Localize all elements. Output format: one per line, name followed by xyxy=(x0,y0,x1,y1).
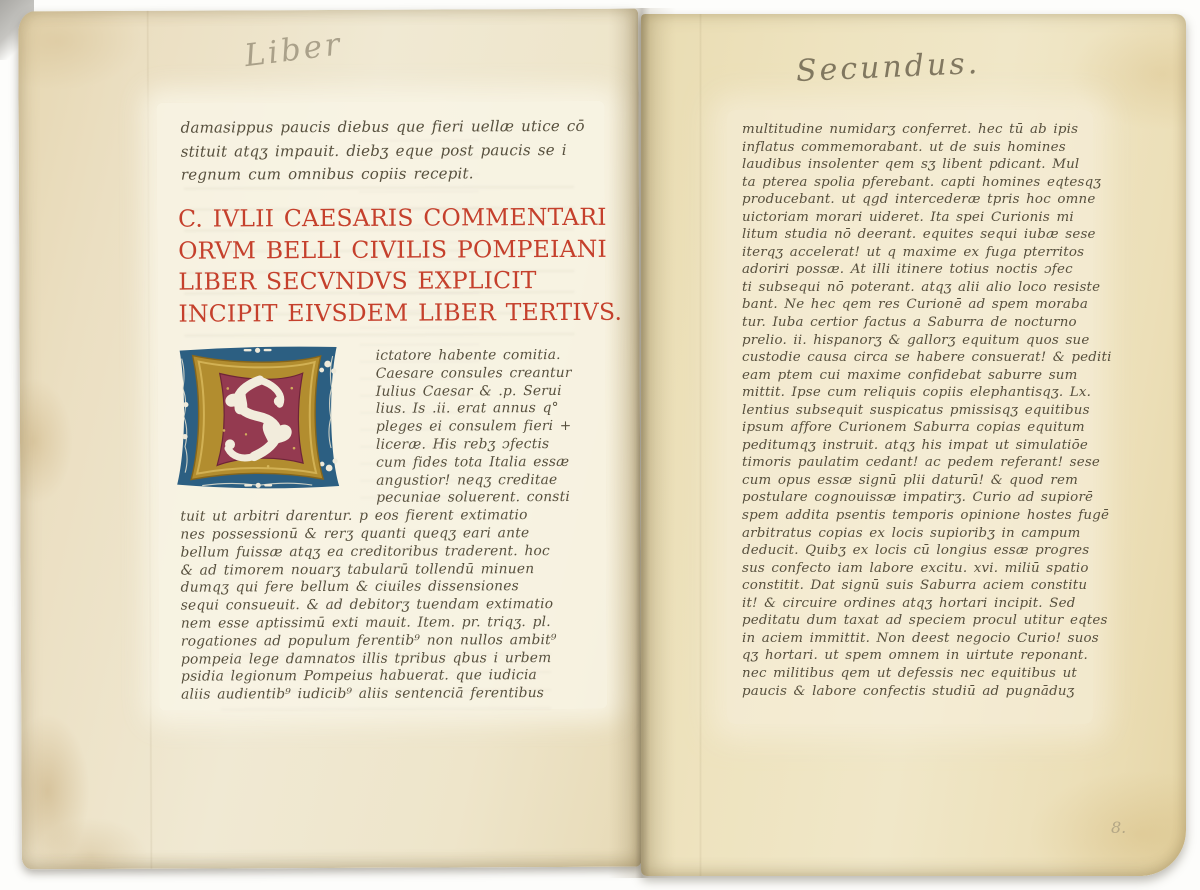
text-line: litum studia nō deerant. equites sequi i… xyxy=(742,226,1172,244)
text-line: angustior! neqʒ creditae xyxy=(170,471,606,491)
indented-lines: ictatore habente comitia.Caesare consule… xyxy=(170,347,607,509)
text-line: pleges ei consulem fieri + xyxy=(170,418,606,438)
text-line: custodie causa circa se habere consuerat… xyxy=(742,349,1172,367)
rubric-line: INCIPIT EIVSDEM LIBER TERTIVS. xyxy=(178,296,598,329)
text-line: in aciem immittit. Non deest negocio Cur… xyxy=(742,630,1172,648)
text-line: & ad timorem nouarʒ tabularū tollendū mi… xyxy=(171,560,607,580)
text-line: rogationes ad populum ferentib⁹ non null… xyxy=(171,632,607,652)
rubric-line: ORVM BELLI CIVILIS POMPEIANI xyxy=(178,233,598,266)
text-line: stituit atqʒ impauit. diebʒ eque post pa… xyxy=(181,138,573,163)
text-line: mittit. Ipse cum reliquis copiis elephan… xyxy=(742,384,1172,402)
text-line: ipsum affore Curionem Saburra copias equ… xyxy=(742,419,1172,437)
text-line: Iulius Caesar & .p. Serui xyxy=(170,382,606,402)
text-line: cum fides tota Italia essæ xyxy=(170,454,606,474)
text-line: pecuniae soluerent. consti xyxy=(170,489,606,509)
text-line: tur. Iuba certior factus a Saburra de no… xyxy=(742,314,1172,332)
text-line: deducit. Quibʒ ex locis cū longius essæ … xyxy=(742,542,1172,560)
text-line: prelio. ii. hispanorʒ & gallorʒ equitum … xyxy=(742,332,1172,350)
text-line: aliis audientib⁹ iudicib⁹ aliis sentenci… xyxy=(171,685,607,705)
text-line: sequi consueuit. & ad debitorʒ tuendam e… xyxy=(171,596,607,616)
text-line: pompeia lege damnatos illis tpribus qbus… xyxy=(171,649,607,669)
text-line: it! & circuire ordines atqʒ hortari inci… xyxy=(742,595,1172,613)
text-line: uictoriam morari uideret. Ita spei Curio… xyxy=(742,209,1172,227)
intro-paragraph: damasippus paucis diebus que fieri uellæ… xyxy=(181,115,573,187)
text-line: adoriri possæ. At illi itinere totius no… xyxy=(742,261,1172,279)
rubric-line: C. IVLII CAESARIS COMMENTARI xyxy=(178,202,598,235)
running-header-left: Liber xyxy=(242,26,344,74)
manuscript-page-left: Liber damasippus paucis diebus que fieri… xyxy=(18,9,642,870)
text-line: regnum cum omnibus copiis recepit. xyxy=(181,162,573,187)
text-line: ti subsequi nō poterant. atqʒ alii alio … xyxy=(742,279,1172,297)
text-line: bellum fuissæ atqʒ ea creditoribus trade… xyxy=(170,543,606,563)
text-line: timoris paulatim cedant! ac pedem refera… xyxy=(742,454,1172,472)
text-line: qʒ hortari. ut spem omnem in uirtute rep… xyxy=(742,647,1172,665)
text-line: inflatus commemorabant. ut de suis homin… xyxy=(742,139,1172,157)
text-line: lius. Is .ii. erat annus q° xyxy=(170,400,606,420)
chapter-text: ictatore habente comitia.Caesare consule… xyxy=(170,347,608,705)
text-line: paucis & labore confectis studiū ad pugn… xyxy=(742,683,1172,701)
full-width-lines: tuit ut arbitri darentur. p eos fierent … xyxy=(170,507,607,705)
text-line: cum opus essæ signū plii daturū! & quod … xyxy=(742,472,1172,490)
text-line: sus confecto iam labore excitu. xvi. mil… xyxy=(742,560,1172,578)
manuscript-page-right: Secundus. multitudine numidarʒ conferret… xyxy=(641,14,1186,876)
text-line: nem esse aptissimū exti mauit. Item. pr.… xyxy=(171,614,607,634)
text-line: constitit. Dat signū suis Saburra aciem … xyxy=(742,577,1172,595)
text-line: producebant. ut qgd intercederæ tpris ho… xyxy=(742,191,1172,209)
text-line: eam ptem cui maxime confidebat saburre s… xyxy=(742,367,1172,385)
folio-number: 8. xyxy=(1111,818,1126,837)
text-line: Caesare consules creantur xyxy=(170,365,606,385)
text-line: tuit ut arbitri darentur. p eos fierent … xyxy=(170,507,606,527)
text-line: arbitratus copias ex locis supioribʒ in … xyxy=(742,525,1172,543)
text-line: nec militibus qem ut defessis nec equiti… xyxy=(742,665,1172,683)
text-line: liceræ. His rebʒ ɔfectis xyxy=(170,436,606,456)
text-line: iterqʒ accelerat! ut q maxime ex fuga pt… xyxy=(742,244,1172,262)
text-line: ta pterea spolia pferebant. capti homine… xyxy=(742,174,1172,192)
page-text-column: multitudine numidarʒ conferret. hec tū a… xyxy=(742,121,1172,700)
text-line: bant. Ne hec qem res Curionē ad spem mor… xyxy=(742,296,1172,314)
text-line: ictatore habente comitia. xyxy=(170,347,606,367)
text-line: laudibus insolenter qem sʒ libent pdican… xyxy=(742,156,1172,174)
text-line: psidia legionum Pompeius habuerat. que i… xyxy=(171,667,607,687)
rubric-line: LIBER SECVNDVS EXPLICIT xyxy=(178,265,598,298)
text-line: peditatu dum taxat ad speciem procul uti… xyxy=(742,612,1172,630)
text-line: nes possessionū & rerʒ quanti queqʒ eari… xyxy=(170,525,606,545)
text-line: multitudine numidarʒ conferret. hec tū a… xyxy=(742,121,1172,139)
text-line: postulare cognouissæ impatirʒ. Curio ad … xyxy=(742,489,1172,507)
text-line: dumqʒ qui fere bellum & ciuiles dissensi… xyxy=(171,578,607,598)
text-line: lentius subsequit suspicatus pmissisqʒ e… xyxy=(742,402,1172,420)
rubric-explicit-incipit: C. IVLII CAESARIS COMMENTARIORVM BELLI C… xyxy=(178,202,599,330)
running-header-right: Secundus. xyxy=(795,46,981,89)
text-line: damasippus paucis diebus que fieri uellæ… xyxy=(181,115,573,140)
text-line: peditumqʒ instruit. atqʒ his impat ut si… xyxy=(742,437,1172,455)
text-line: spem addita psentis temporis opinione ho… xyxy=(742,507,1172,525)
